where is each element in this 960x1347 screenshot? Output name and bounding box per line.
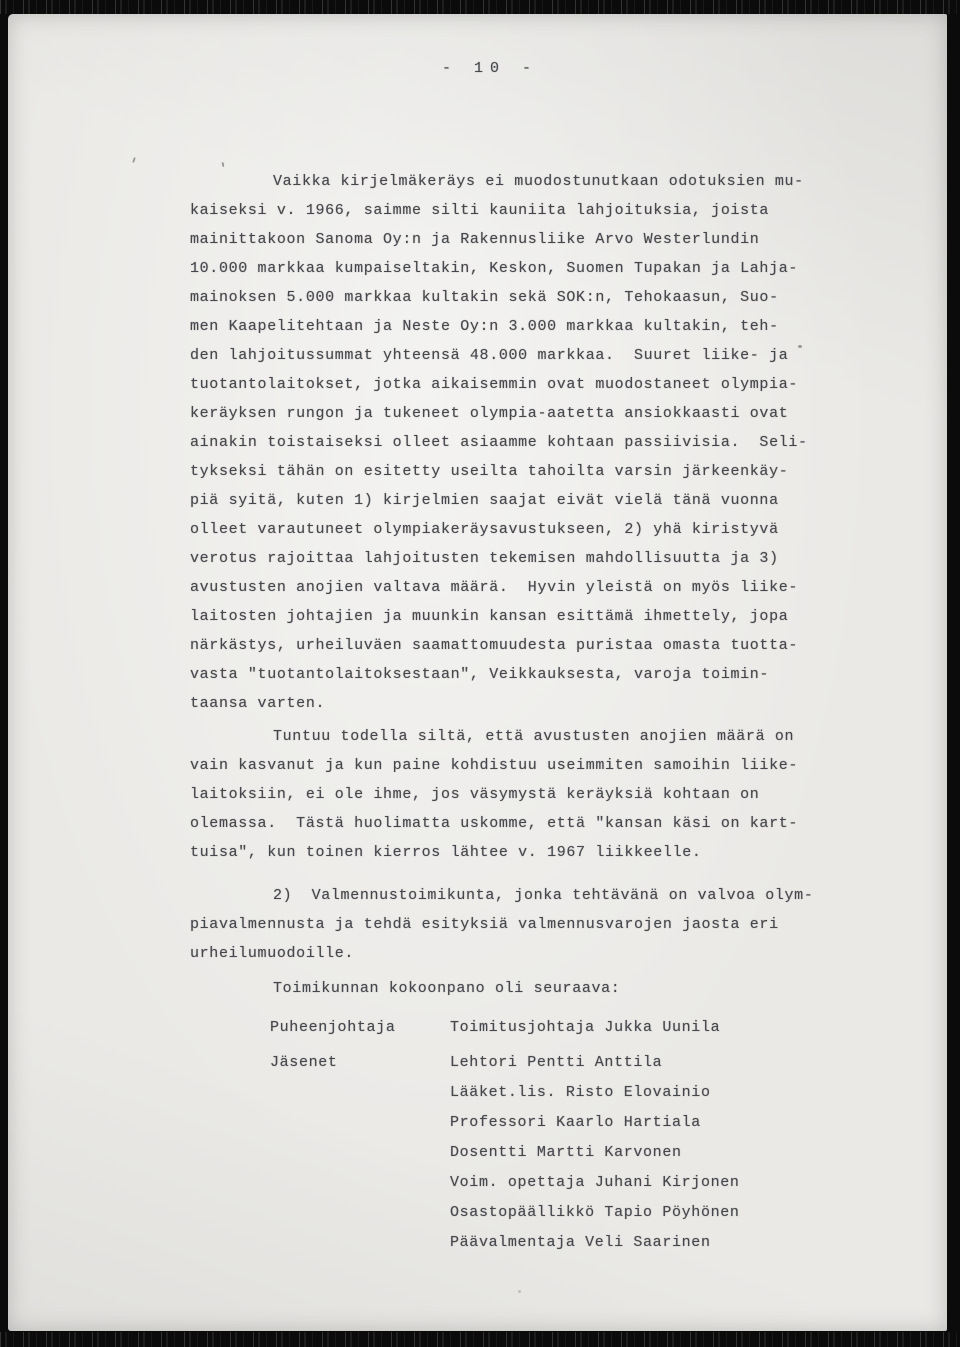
text-line: Dosentti Martti Karvonen: [450, 1138, 830, 1168]
committee-role-label: Jäsenet: [270, 1048, 450, 1078]
committee-role-label: Puheenjohtaja: [270, 1013, 450, 1043]
text-line: piavalmennusta ja tehdä esityksiä valmen…: [190, 910, 830, 939]
text-line: Voim. opettaja Juhani Kirjonen: [450, 1168, 830, 1198]
text-line: kaiseksi v. 1966, saimme silti kauniita …: [190, 196, 830, 225]
text-line: men Kaapelitehtaan ja Neste Oy:n 3.000 m…: [190, 312, 830, 341]
text-line: keräyksen rungon ja tukeneet olympia-aat…: [190, 399, 830, 428]
scan-speck: [132, 157, 136, 163]
text-line: 2) Valmennustoimikunta, jonka tehtävänä …: [190, 881, 830, 910]
text-line: mainoksen 5.000 markkaa kultakin sekä SO…: [190, 283, 830, 312]
text-line: tykseksi tähän on esitetty useilta tahoi…: [190, 457, 830, 486]
text-line: piä syitä, kuten 1) kirjelmien saajat ei…: [190, 486, 830, 515]
text-line: olemassa. Tästä huolimatta uskomme, että…: [190, 809, 830, 838]
committee-member-names: Lehtori Pentti AnttilaLääket.lis. Risto …: [450, 1048, 830, 1258]
paragraph-training-committee: 2) Valmennustoimikunta, jonka tehtävänä …: [190, 881, 830, 968]
text-line: vasta "tuotantolaitoksestaan", Veikkauks…: [190, 660, 830, 689]
page-number: - 10 -: [190, 60, 790, 77]
text-line: Lääket.lis. Risto Elovainio: [450, 1078, 830, 1108]
paragraph-composition-intro: Toimikunnan kokoonpano oli seuraava:: [190, 974, 830, 1003]
scan-frame: - 10 - Vaikka kirjelmäkeräys ei muodostu…: [0, 0, 960, 1347]
committee-row-members: Jäsenet Lehtori Pentti AnttilaLääket.lis…: [190, 1048, 830, 1258]
text-line: Vaikka kirjelmäkeräys ei muodostunutkaan…: [190, 167, 830, 196]
text-line: avustusten anojien valtava määrä. Hyvin …: [190, 573, 830, 602]
text-line: urheilumuodoille.: [190, 939, 830, 968]
text-line: närkästys, urheiluväen saamattomuudesta …: [190, 631, 830, 660]
text-line: laitosten johtajien ja muunkin kansan es…: [190, 602, 830, 631]
text-line: Osastopäällikkö Tapio Pöyhönen: [450, 1198, 830, 1228]
text-line: Professori Kaarlo Hartiala: [450, 1108, 830, 1138]
scan-noise-top: [0, 0, 960, 14]
paragraph-donations: Vaikka kirjelmäkeräys ei muodostunutkaan…: [190, 167, 830, 718]
document-body: Vaikka kirjelmäkeräys ei muodostunutkaan…: [190, 167, 830, 1258]
text-line: laitoksiin, ei ole ihme, jos väsymystä k…: [190, 780, 830, 809]
text-line: Lehtori Pentti Anttila: [450, 1048, 830, 1078]
text-line: Päävalmentaja Veli Saarinen: [450, 1228, 830, 1258]
scan-noise-bottom: [0, 1332, 960, 1347]
text-line: mainittakoon Sanoma Oy:n ja Rakennusliik…: [190, 225, 830, 254]
text-line: Toimikunnan kokoonpano oli seuraava:: [190, 974, 830, 1003]
document-page: - 10 - Vaikka kirjelmäkeräys ei muodostu…: [8, 14, 947, 1331]
text-line: Toimitusjohtaja Jukka Uunila: [450, 1013, 830, 1043]
text-line: ainakin toistaiseksi olleet asiaamme koh…: [190, 428, 830, 457]
scan-speck: [222, 162, 225, 167]
text-line: olleet varautuneet olympiakeräysavustuks…: [190, 515, 830, 544]
text-line: taansa varten.: [190, 689, 830, 718]
committee-row-chairman: Puheenjohtaja Toimitusjohtaja Jukka Uuni…: [190, 1013, 830, 1043]
scan-speck: [518, 1290, 521, 1293]
text-line: tuotantolaitokset, jotka aikaisemmin ova…: [190, 370, 830, 399]
text-line: Tuntuu todella siltä, että avustusten an…: [190, 722, 830, 751]
text-line: verotus rajoittaa lahjoitusten tekemisen…: [190, 544, 830, 573]
scan-speck: [798, 345, 802, 348]
text-line: tuisa", kun toinen kierros lähtee v. 196…: [190, 838, 830, 867]
text-line: 10.000 markkaa kumpaiseltakin, Keskon, S…: [190, 254, 830, 283]
committee-member-names: Toimitusjohtaja Jukka Uunila: [450, 1013, 830, 1043]
committee-list: Puheenjohtaja Toimitusjohtaja Jukka Uuni…: [190, 1013, 830, 1258]
text-line: den lahjoitussummat yhteensä 48.000 mark…: [190, 341, 830, 370]
paragraph-outlook: Tuntuu todella siltä, että avustusten an…: [190, 722, 830, 867]
text-line: vain kasvanut ja kun paine kohdistuu use…: [190, 751, 830, 780]
